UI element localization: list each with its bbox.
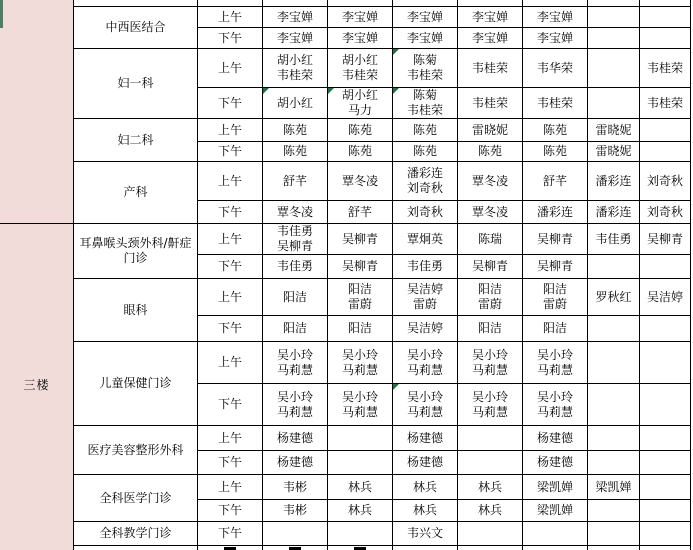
schedule-cell[interactable]: 韦桂荣 [640, 49, 691, 88]
department-cell[interactable]: 医疗美容整形外科 [74, 426, 198, 475]
cell-text: 杨建德 [393, 455, 457, 470]
schedule-cell[interactable] [640, 426, 691, 451]
schedule-cell[interactable]: 阳洁 雷蔚 [523, 279, 588, 316]
schedule-cell[interactable] [523, 522, 588, 546]
department-cell[interactable]: 妇二科 [74, 119, 198, 162]
cell-text: 上午 [198, 480, 262, 495]
schedule-cell[interactable]: 陈苑 [263, 119, 328, 142]
schedule-cell[interactable] [588, 316, 640, 342]
session-cell[interactable]: 下午 [198, 28, 263, 49]
schedule-cell[interactable]: 吴小玲 马莉慧 [523, 342, 588, 384]
department-cell[interactable]: 全科教学门诊 [74, 522, 198, 546]
cell-text: 韦兴文 [393, 526, 457, 541]
schedule-cell[interactable]: 韦桂荣 [458, 88, 523, 119]
session-cell[interactable]: 上午 [198, 7, 263, 28]
comment-flag-icon [393, 384, 399, 390]
cell-text: 陈菊 韦桂荣 [393, 53, 457, 83]
cell-text: 李宝婵 [263, 31, 327, 46]
cell-text: 吴小玲 马莉慧 [263, 390, 327, 420]
schedule-cell[interactable]: 潘彩连 [588, 201, 640, 224]
schedule-cell[interactable] [588, 384, 640, 426]
cell-text: 下午 [198, 397, 262, 412]
cell-text: 杨建德 [393, 431, 457, 446]
schedule-cell[interactable] [640, 451, 691, 475]
schedule-cell[interactable]: 陈苑 [328, 119, 393, 142]
schedule-cell[interactable]: 杨建德 [263, 451, 328, 475]
schedule-cell[interactable] [640, 119, 691, 142]
schedule-cell[interactable] [588, 255, 640, 279]
schedule-cell[interactable]: 韦桂荣 [523, 88, 588, 119]
cell-text: 林兵 [458, 480, 522, 495]
session-cell[interactable]: 下午 [198, 522, 263, 546]
schedule-cell[interactable] [198, 546, 263, 550]
cell-text: 雷晓妮 [588, 144, 639, 159]
cell-text: 潘彩连 [588, 174, 639, 189]
cell-text: 吴洁婷 [393, 321, 457, 336]
cell-text: 李宝婵 [458, 31, 522, 46]
schedule-cell[interactable] [588, 49, 640, 88]
department-cell[interactable]: 全科医学门诊 [74, 475, 198, 522]
schedule-cell[interactable] [328, 0, 393, 7]
session-cell[interactable]: 下午 [198, 201, 263, 224]
schedule-cell[interactable]: 梁凯婵 [523, 475, 588, 500]
schedule-cell[interactable] [640, 475, 691, 500]
schedule-cell[interactable]: 吴柳青 [328, 224, 393, 255]
cell-text: 林兵 [458, 503, 522, 518]
schedule-cell[interactable] [74, 546, 198, 550]
session-cell[interactable]: 上午 [198, 224, 263, 255]
cell-text: 产科 [74, 185, 197, 200]
schedule-cell[interactable] [640, 522, 691, 546]
schedule-cell[interactable]: 林兵 [328, 500, 393, 522]
schedule-cell[interactable] [393, 546, 458, 550]
cell-text: 雷晓妮 [588, 123, 639, 138]
cell-text: 刘奇秋 [640, 205, 690, 220]
schedule-cell[interactable]: 吴小玲 马莉慧 [523, 384, 588, 426]
cell-text: 韦桂荣 [640, 96, 690, 111]
cell-text: 吴小玲 马莉慧 [458, 348, 522, 378]
schedule-cell[interactable]: 阳洁 雷蔚 [328, 279, 393, 316]
schedule-cell[interactable]: 韦佳勇 [588, 224, 640, 255]
cell-text: 吴小玲 马莉慧 [523, 390, 587, 420]
cell-text: 阳洁 [523, 321, 587, 336]
cell-text: 潘彩连 [523, 205, 587, 220]
schedule-cell[interactable] [263, 546, 328, 550]
schedule-cell[interactable]: 陈苑 [393, 142, 458, 162]
schedule-cell[interactable] [523, 546, 588, 550]
cell-text: 林兵 [393, 503, 457, 518]
cell-text: 上午 [198, 174, 262, 189]
cell-text: 中西医结合 [74, 20, 197, 35]
schedule-cell[interactable]: 刘奇秋 [393, 201, 458, 224]
schedule-cell[interactable]: 吴小玲 马莉慧 [393, 342, 458, 384]
table-row [0, 546, 691, 550]
schedule-cell[interactable]: 韦佳勇 [393, 255, 458, 279]
cell-text: 吴小玲 马莉慧 [393, 390, 457, 420]
cell-text: 吴洁婷 雷蔚 [393, 282, 457, 312]
schedule-cell[interactable] [458, 546, 523, 550]
cell-text: 阳洁 雷蔚 [458, 282, 522, 312]
comment-flag-icon [328, 88, 334, 94]
cell-text: 覃冬凌 [458, 174, 522, 189]
schedule-cell[interactable] [328, 546, 393, 550]
schedule-cell[interactable] [263, 522, 328, 546]
comment-flag-icon [393, 88, 399, 94]
schedule-cell[interactable] [198, 0, 263, 7]
schedule-cell[interactable] [458, 522, 523, 546]
cell-text: 陈苑 [263, 144, 327, 159]
schedule-cell[interactable]: 李宝婵 [393, 7, 458, 28]
schedule-cell[interactable]: 吴小玲 马莉慧 [328, 342, 393, 384]
cell-text: 上午 [198, 10, 262, 25]
schedule-cell[interactable]: 吴小玲 马莉慧 [263, 342, 328, 384]
department-cell[interactable]: 耳鼻喉头颈外科/鼾症门诊 [74, 224, 198, 279]
schedule-cell[interactable]: 林兵 [458, 500, 523, 522]
table-row: 全科医学门诊上午韦彬林兵林兵林兵梁凯婵梁凯婵 [0, 475, 691, 500]
session-cell[interactable]: 下午 [198, 451, 263, 475]
schedule-cell[interactable]: 吴洁婷 [640, 279, 691, 316]
cell-text: 雷晓妮 [458, 123, 522, 138]
schedule-cell[interactable] [263, 0, 328, 7]
schedule-cell[interactable]: 阳洁 雷蔚 [458, 279, 523, 316]
schedule-cell[interactable] [588, 88, 640, 119]
department-cell[interactable]: 妇一科 [74, 49, 198, 119]
table-row: 儿童保健门诊上午吴小玲 马莉慧吴小玲 马莉慧吴小玲 马莉慧吴小玲 马莉慧吴小玲 … [0, 342, 691, 384]
session-cell[interactable]: 上午 [198, 119, 263, 142]
cell-text: 李宝婵 [393, 31, 457, 46]
schedule-cell[interactable]: 林兵 [393, 500, 458, 522]
schedule-cell[interactable] [640, 7, 691, 28]
schedule-cell[interactable]: 吴小玲 马莉慧 [458, 342, 523, 384]
schedule-cell[interactable]: 韦佳勇 [263, 255, 328, 279]
cell-text: 陈苑 [458, 144, 522, 159]
session-cell[interactable]: 下午 [198, 500, 263, 522]
cell-text: 韦桂荣 [458, 96, 522, 111]
cell-text: 覃炯英 [393, 232, 457, 247]
cell-text: 吴小玲 马莉慧 [523, 348, 587, 378]
schedule-cell[interactable]: 杨建德 [523, 451, 588, 475]
schedule-cell[interactable]: 韦兴文 [393, 522, 458, 546]
cell-text: 三楼 [0, 378, 73, 396]
cell-text: 杨建德 [263, 431, 327, 446]
cell-text: 陈苑 [328, 123, 392, 138]
schedule-cell[interactable] [640, 384, 691, 426]
schedule-cell[interactable] [588, 0, 640, 7]
cell-text: 眼科 [74, 303, 197, 318]
schedule-cell[interactable]: 陈瑞 [458, 224, 523, 255]
schedule-cell[interactable] [328, 522, 393, 546]
schedule-cell[interactable]: 吴柳青 [328, 255, 393, 279]
cell-text: 吴小玲 马莉慧 [263, 348, 327, 378]
session-cell[interactable]: 上午 [198, 162, 263, 201]
schedule-cell[interactable]: 吴柳青 [640, 224, 691, 255]
schedule-table: 中西医结合上午李宝婵李宝婵李宝婵李宝婵李宝婵下午李宝婵李宝婵李宝婵李宝婵李宝婵妇… [0, 0, 691, 550]
schedule-cell[interactable]: 舒芊 [523, 162, 588, 201]
schedule-cell[interactable] [588, 342, 640, 384]
cell-text: 杨建德 [263, 455, 327, 470]
schedule-cell[interactable]: 陈苑 [523, 119, 588, 142]
schedule-cell[interactable] [458, 451, 523, 475]
cell-text: 潘彩连 刘奇秋 [393, 166, 457, 196]
table-row: 全科教学门诊下午韦兴文 [0, 522, 691, 546]
schedule-cell[interactable]: 陈苑 [328, 142, 393, 162]
schedule-cell[interactable]: 阳洁 [263, 279, 328, 316]
schedule-cell[interactable]: 吴柳青 [458, 255, 523, 279]
schedule-cell[interactable]: 雷晓妮 [458, 119, 523, 142]
cell-text: 陈瑞 [458, 232, 522, 247]
schedule-cell[interactable]: 雷晓妮 [588, 119, 640, 142]
cell-text: 林兵 [328, 480, 392, 495]
session-cell[interactable]: 上午 [198, 279, 263, 316]
schedule-cell[interactable]: 杨建德 [393, 451, 458, 475]
cell-text: 李宝婵 [393, 10, 457, 25]
schedule-cell[interactable]: 覃冬凌 [328, 162, 393, 201]
cell-text: 阳洁 雷蔚 [328, 282, 392, 312]
session-cell[interactable]: 下午 [198, 255, 263, 279]
cell-text: 陈苑 [393, 144, 457, 159]
schedule-cell[interactable] [588, 451, 640, 475]
cell-text: 胡小红 [263, 96, 327, 111]
schedule-cell[interactable]: 李宝婵 [263, 28, 328, 49]
cell-text: 吴柳青 [523, 259, 587, 274]
schedule-cell[interactable] [588, 7, 640, 28]
schedule-cell[interactable] [328, 426, 393, 451]
cell-text: 罗秋红 [588, 290, 639, 305]
session-cell[interactable]: 上午 [198, 342, 263, 384]
schedule-cell[interactable] [640, 28, 691, 49]
session-cell[interactable]: 下午 [198, 384, 263, 426]
cell-text: 上午 [198, 431, 262, 446]
schedule-cell[interactable]: 韦桂荣 [640, 88, 691, 119]
schedule-cell[interactable]: 吴柳青 [523, 224, 588, 255]
session-cell[interactable]: 上午 [198, 475, 263, 500]
cell-text: 吴柳青 [328, 232, 392, 247]
schedule-cell[interactable] [588, 426, 640, 451]
cell-text: 阳洁 雷蔚 [523, 282, 587, 312]
schedule-cell[interactable]: 覃冬凌 [263, 201, 328, 224]
cell-text: 儿童保健门诊 [74, 376, 197, 391]
cell-text: 陈苑 [263, 123, 327, 138]
schedule-cell[interactable]: 胡小红 韦桂荣 [328, 49, 393, 88]
schedule-cell[interactable]: 韦佳勇 吴柳青 [263, 224, 328, 255]
session-cell[interactable]: 下午 [198, 88, 263, 119]
cell-text: 覃冬凌 [328, 174, 392, 189]
cell-text: 李宝婵 [458, 10, 522, 25]
schedule-cell[interactable] [74, 0, 198, 7]
schedule-cell[interactable]: 李宝婵 [328, 7, 393, 28]
cell-text: 下午 [198, 526, 262, 541]
cell-text: 上午 [198, 123, 262, 138]
schedule-cell[interactable]: 林兵 [393, 475, 458, 500]
cell-text: 上午 [198, 232, 262, 247]
floor-cell[interactable] [0, 0, 74, 224]
cell-text: 阳洁 [458, 321, 522, 336]
cell-text: 杨建德 [523, 431, 587, 446]
cell-text: 刘奇秋 [393, 205, 457, 220]
schedule-cell[interactable]: 林兵 [458, 475, 523, 500]
cell-text: 阳洁 [263, 321, 327, 336]
cell-text: 陈苑 [523, 144, 587, 159]
cell-text: 陈菊 韦桂荣 [393, 88, 457, 118]
schedule-cell[interactable]: 梁凯婵 [588, 475, 640, 500]
schedule-cell[interactable]: 刘奇秋 [640, 162, 691, 201]
schedule-cell[interactable] [640, 0, 691, 7]
schedule-cell[interactable]: 陈菊 韦桂荣 [393, 88, 458, 119]
schedule-cell[interactable] [640, 500, 691, 522]
cell-text: 下午 [198, 96, 262, 111]
schedule-cell[interactable]: 李宝婵 [523, 28, 588, 49]
cell-text: 韦佳勇 吴柳青 [263, 224, 327, 254]
cell-text: 吴柳青 [640, 232, 690, 247]
schedule-cell[interactable]: 吴小玲 马莉慧 [393, 384, 458, 426]
schedule-cell[interactable]: 吴小玲 马莉慧 [328, 384, 393, 426]
cell-text: 医疗美容整形外科 [74, 443, 197, 458]
schedule-cell[interactable]: 陈苑 [393, 119, 458, 142]
cell-text: 潘彩连 [588, 205, 639, 220]
cell-text: 韦佳勇 [393, 259, 457, 274]
schedule-cell[interactable]: 胡小红 韦桂荣 [263, 49, 328, 88]
schedule-cell[interactable]: 阳洁 [523, 316, 588, 342]
department-cell[interactable]: 眼科 [74, 279, 198, 342]
cell-text: 耳鼻喉头颈外科/鼾症门诊 [74, 236, 197, 266]
cell-text: 全科医学门诊 [74, 491, 197, 506]
schedule-cell[interactable]: 阳洁 [328, 316, 393, 342]
schedule-cell[interactable] [393, 0, 458, 7]
schedule-cell[interactable]: 韦彬 [263, 500, 328, 522]
schedule-cell[interactable]: 李宝婵 [263, 7, 328, 28]
schedule-cell[interactable] [458, 0, 523, 7]
schedule-cell[interactable]: 梁凯婵 [523, 500, 588, 522]
schedule-cell[interactable] [458, 426, 523, 451]
schedule-cell[interactable]: 潘彩连 [523, 201, 588, 224]
cell-text: 下午 [198, 321, 262, 336]
cell-text: 刘奇秋 [640, 174, 690, 189]
schedule-cell[interactable] [588, 522, 640, 546]
cell-text: 韦佳勇 [588, 232, 639, 247]
table-row: 产科上午舒芊覃冬凌潘彩连 刘奇秋覃冬凌舒芊潘彩连刘奇秋 [0, 162, 691, 201]
schedule-cell[interactable]: 潘彩连 [588, 162, 640, 201]
cell-text: 下午 [198, 259, 262, 274]
schedule-cell[interactable]: 阳洁 [263, 316, 328, 342]
cell-text: 陈苑 [328, 144, 392, 159]
cell-text: 覃冬凌 [458, 205, 522, 220]
table-row: 眼科上午阳洁阳洁 雷蔚吴洁婷 雷蔚阳洁 雷蔚阳洁 雷蔚罗秋红吴洁婷 [0, 279, 691, 316]
session-cell[interactable]: 下午 [198, 142, 263, 162]
schedule-cell[interactable] [640, 546, 691, 550]
schedule-cell[interactable]: 陈苑 [523, 142, 588, 162]
department-cell[interactable]: 儿童保健门诊 [74, 342, 198, 426]
schedule-cell[interactable]: 吴洁婷 [393, 316, 458, 342]
schedule-cell[interactable]: 舒芊 [328, 201, 393, 224]
schedule-cell[interactable]: 杨建德 [263, 426, 328, 451]
cell-text: 阳洁 [328, 321, 392, 336]
cell-text: 吴柳青 [328, 259, 392, 274]
schedule-cell[interactable]: 韦华荣 [523, 49, 588, 88]
schedule-cell[interactable]: 陈苑 [458, 142, 523, 162]
schedule-cell[interactable]: 陈苑 [263, 142, 328, 162]
schedule-cell[interactable]: 吴小玲 马莉慧 [263, 384, 328, 426]
cell-text: 上午 [198, 290, 262, 305]
cell-text: 吴小玲 马莉慧 [458, 390, 522, 420]
schedule-cell[interactable]: 覃炯英 [393, 224, 458, 255]
table-row: 三楼耳鼻喉头颈外科/鼾症门诊上午韦佳勇 吴柳青吴柳青覃炯英陈瑞吴柳青韦佳勇吴柳青 [0, 224, 691, 255]
session-cell[interactable]: 下午 [198, 316, 263, 342]
cell-text: 吴柳青 [458, 259, 522, 274]
schedule-cell[interactable]: 韦彬 [263, 475, 328, 500]
cell-text: 韦桂荣 [523, 96, 587, 111]
schedule-cell[interactable]: 李宝婵 [328, 28, 393, 49]
cell-text: 全科教学门诊 [74, 526, 197, 541]
schedule-cell[interactable]: 吴洁婷 雷蔚 [393, 279, 458, 316]
schedule-cell[interactable] [640, 255, 691, 279]
cell-text: 韦华荣 [523, 61, 587, 76]
cell-text: 梁凯婵 [523, 503, 587, 518]
schedule-cell[interactable]: 李宝婵 [393, 28, 458, 49]
cell-text: 吴小玲 马莉慧 [328, 348, 392, 378]
schedule-cell[interactable]: 李宝婵 [458, 7, 523, 28]
schedule-cell[interactable]: 李宝婵 [458, 28, 523, 49]
schedule-cell[interactable]: 舒芊 [263, 162, 328, 201]
schedule-cell[interactable]: 李宝婵 [523, 7, 588, 28]
schedule-cell[interactable] [640, 316, 691, 342]
schedule-cell[interactable]: 胡小红 马力 [328, 88, 393, 119]
session-cell[interactable]: 上午 [198, 49, 263, 88]
schedule-cell[interactable] [328, 451, 393, 475]
cell-text: 上午 [198, 61, 262, 76]
schedule-cell[interactable]: 韦桂荣 [458, 49, 523, 88]
schedule-cell[interactable]: 吴柳青 [523, 255, 588, 279]
floor-cell[interactable]: 三楼 [0, 224, 74, 550]
schedule-cell[interactable]: 杨建德 [523, 426, 588, 451]
schedule-cell[interactable]: 罗秋红 [588, 279, 640, 316]
cell-text: 妇二科 [74, 133, 197, 148]
schedule-cell[interactable]: 陈菊 韦桂荣 [393, 49, 458, 88]
comment-flag-icon [263, 88, 269, 94]
department-cell[interactable]: 中西医结合 [74, 7, 198, 49]
cell-text: 李宝婵 [328, 10, 392, 25]
schedule-cell[interactable] [640, 142, 691, 162]
schedule-cell[interactable] [588, 546, 640, 550]
cell-text: 下午 [198, 144, 262, 159]
schedule-cell[interactable]: 潘彩连 刘奇秋 [393, 162, 458, 201]
cell-text: 上午 [198, 355, 262, 370]
schedule-cell[interactable] [588, 500, 640, 522]
schedule-cell[interactable]: 杨建德 [393, 426, 458, 451]
cell-text: 胡小红 马力 [328, 88, 392, 118]
schedule-cell[interactable]: 覃冬凌 [458, 201, 523, 224]
cell-text: 韦佳勇 [263, 259, 327, 274]
schedule-cell[interactable] [523, 0, 588, 7]
schedule-cell[interactable]: 刘奇秋 [640, 201, 691, 224]
cell-text: 梁凯婵 [588, 480, 639, 495]
green-strip [0, 0, 3, 28]
session-cell[interactable]: 上午 [198, 426, 263, 451]
cell-text: 吴小玲 马莉慧 [393, 348, 457, 378]
schedule-cell[interactable]: 阳洁 [458, 316, 523, 342]
schedule-cell[interactable]: 覃冬凌 [458, 162, 523, 201]
schedule-cell[interactable]: 林兵 [328, 475, 393, 500]
department-cell[interactable]: 产科 [74, 162, 198, 224]
cell-text: 下午 [198, 455, 262, 470]
cell-text: 韦桂荣 [640, 61, 690, 76]
schedule-cell[interactable]: 吴小玲 马莉慧 [458, 384, 523, 426]
schedule-cell[interactable] [588, 28, 640, 49]
comment-flag-icon [393, 49, 399, 55]
schedule-cell[interactable]: 胡小红 [263, 88, 328, 119]
schedule-cell[interactable]: 雷晓妮 [588, 142, 640, 162]
cell-text: 下午 [198, 205, 262, 220]
schedule-cell[interactable] [640, 342, 691, 384]
